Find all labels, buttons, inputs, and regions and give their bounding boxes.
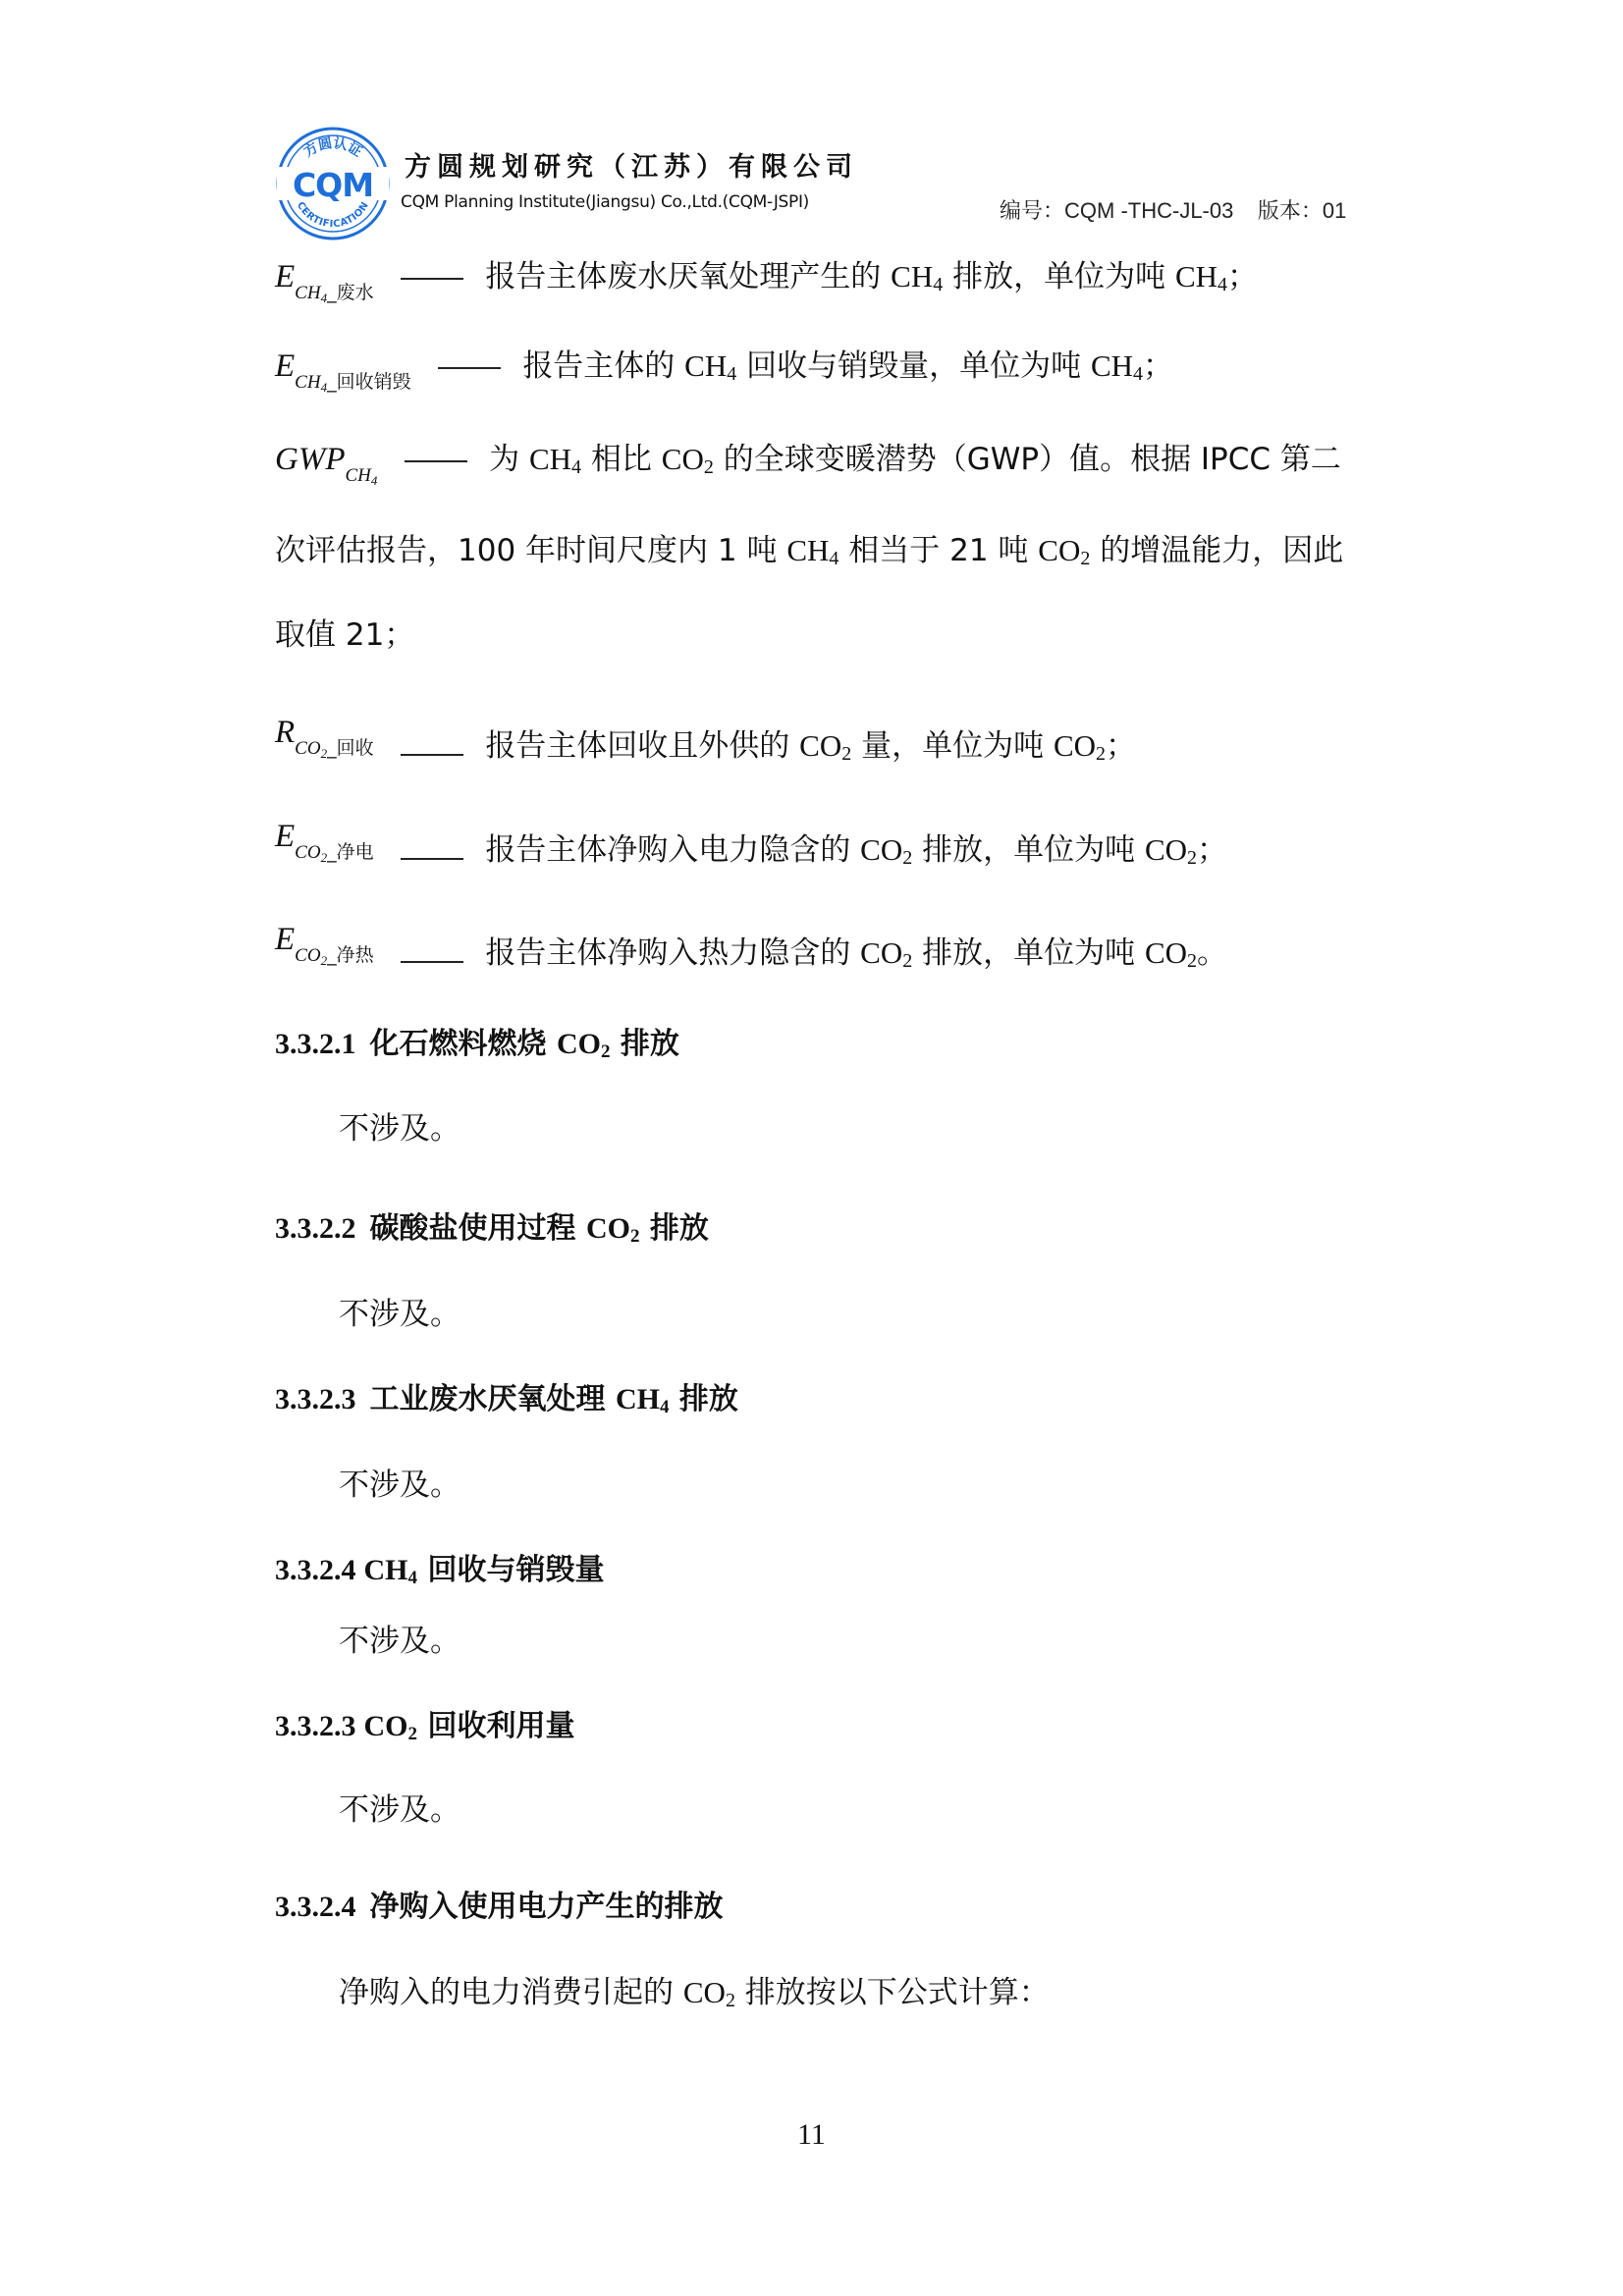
definition-gwp-ch4: GWPCH4 为 CH4 相比 CO2 的全球变暖潜势（GWP）值。根据 IPC…: [275, 444, 1341, 487]
version-value: 01: [1323, 198, 1346, 223]
section-heading-3-3-2-2: 3.3.2.2碳酸盐使用过程 CO2 排放: [275, 1203, 709, 1248]
definition-e-ch4-wastewater: ECH4_废水 报告主体废水厌氧处理产生的 CH4 排放，单位为吨 CH4；: [275, 261, 1258, 304]
company-name-en: CQM Planning Institute(Jiangsu) Co.,Ltd.…: [401, 192, 809, 212]
svg-text:CQM: CQM: [293, 166, 373, 204]
section-heading-3-3-2-4-electricity: 3.3.2.4净购入使用电力产生的排放: [275, 1882, 724, 1925]
symbol: ECH4_废水: [275, 261, 374, 304]
document-number: 编号：CQM -THC-JL-03 版本：01: [1000, 194, 1346, 225]
definition-text: 报告主体废水厌氧处理产生的 CH4 排放，单位为吨 CH4；: [485, 259, 1258, 294]
section-body: 不涉及。: [339, 1460, 460, 1504]
definition-e-co2-net-heat: ECO2_净热 报告主体净购入热力隐含的 CO2 排放，单位为吨 CO2。: [275, 924, 1227, 967]
definition-e-ch4-recovery: ECH4_回收销毁 报告主体的 CH4 回收与销毁量，单位为吨 CH4；: [275, 350, 1173, 394]
symbol: GWPCH4: [275, 444, 377, 487]
definition-text-line1: 为 CH4 相比 CO2 的全球变暖潜势（GWP）值。根据 IPCC 第二: [489, 442, 1341, 477]
em-dash: [405, 460, 467, 462]
em-dash: [438, 367, 501, 369]
symbol: ECO2_净电: [275, 821, 374, 864]
definition-text: 报告主体净购入热力隐含的 CO2 排放，单位为吨 CO2。: [485, 935, 1227, 971]
em-dash: [401, 278, 463, 280]
section-heading-3-3-2-3: 3.3.2.3工业废水厌氧处理 CH4 排放: [275, 1374, 738, 1418]
section-heading-3-3-2-1: 3.3.2.1化石燃料燃烧 CO2 排放: [275, 1019, 679, 1063]
company-name-cn: 方圆规划研究（江苏）有限公司: [405, 145, 858, 184]
section-body: 净购入的电力消费引起的 CO2 排放按以下公式计算：: [339, 1967, 1050, 2012]
section-body: 不涉及。: [339, 1785, 460, 1829]
svg-text:方圆认证: 方圆认证: [300, 134, 364, 160]
section-heading-3-3-2-4-ch4: 3.3.2.4CH4 回收与销毁量: [275, 1545, 604, 1589]
definition-text: 报告主体回收且外供的 CO2 量，单位为吨 CO2；: [485, 728, 1136, 764]
section-heading-3-3-2-3-co2: 3.3.2.3CO2 回收利用量: [275, 1701, 574, 1745]
definition-r-co2-recovery: RCO2_回收 报告主体回收且外供的 CO2 量，单位为吨 CO2；: [275, 717, 1136, 760]
definition-text: 报告主体的 CH4 回收与销毁量，单位为吨 CH4；: [522, 348, 1173, 384]
section-body: 不涉及。: [339, 1103, 460, 1148]
section-body: 不涉及。: [339, 1289, 460, 1333]
definition-gwp-line2: 次评估报告，100 年时间尺度内 1 吨 CH4 相当于 21 吨 CO2 的增…: [275, 535, 1343, 568]
definition-text: 报告主体净购入电力隐含的 CO2 排放，单位为吨 CO2；: [485, 832, 1227, 868]
version-label: 版本：: [1258, 198, 1323, 223]
svg-text:CERTIFICATION: CERTIFICATION: [295, 200, 371, 230]
doc-number-label: 编号：: [1000, 198, 1064, 223]
page-number: 11: [0, 2118, 1623, 2152]
definition-e-co2-net-electricity: ECO2_净电 报告主体净购入电力隐含的 CO2 排放，单位为吨 CO2；: [275, 821, 1227, 864]
doc-number-value: CQM -THC-JL-03: [1064, 198, 1233, 223]
definition-gwp-line3: 取值 21；: [275, 620, 414, 651]
em-dash: [401, 754, 463, 756]
symbol: ECO2_净热: [275, 924, 374, 967]
symbol: ECH4_回收销毁: [275, 350, 411, 394]
symbol: RCO2_回收: [275, 717, 374, 760]
section-body: 不涉及。: [339, 1616, 460, 1660]
cqm-certification-logo: 方圆认证 CERTIFICATION CQM: [275, 126, 391, 241]
em-dash: [401, 961, 463, 963]
em-dash: [401, 858, 463, 860]
